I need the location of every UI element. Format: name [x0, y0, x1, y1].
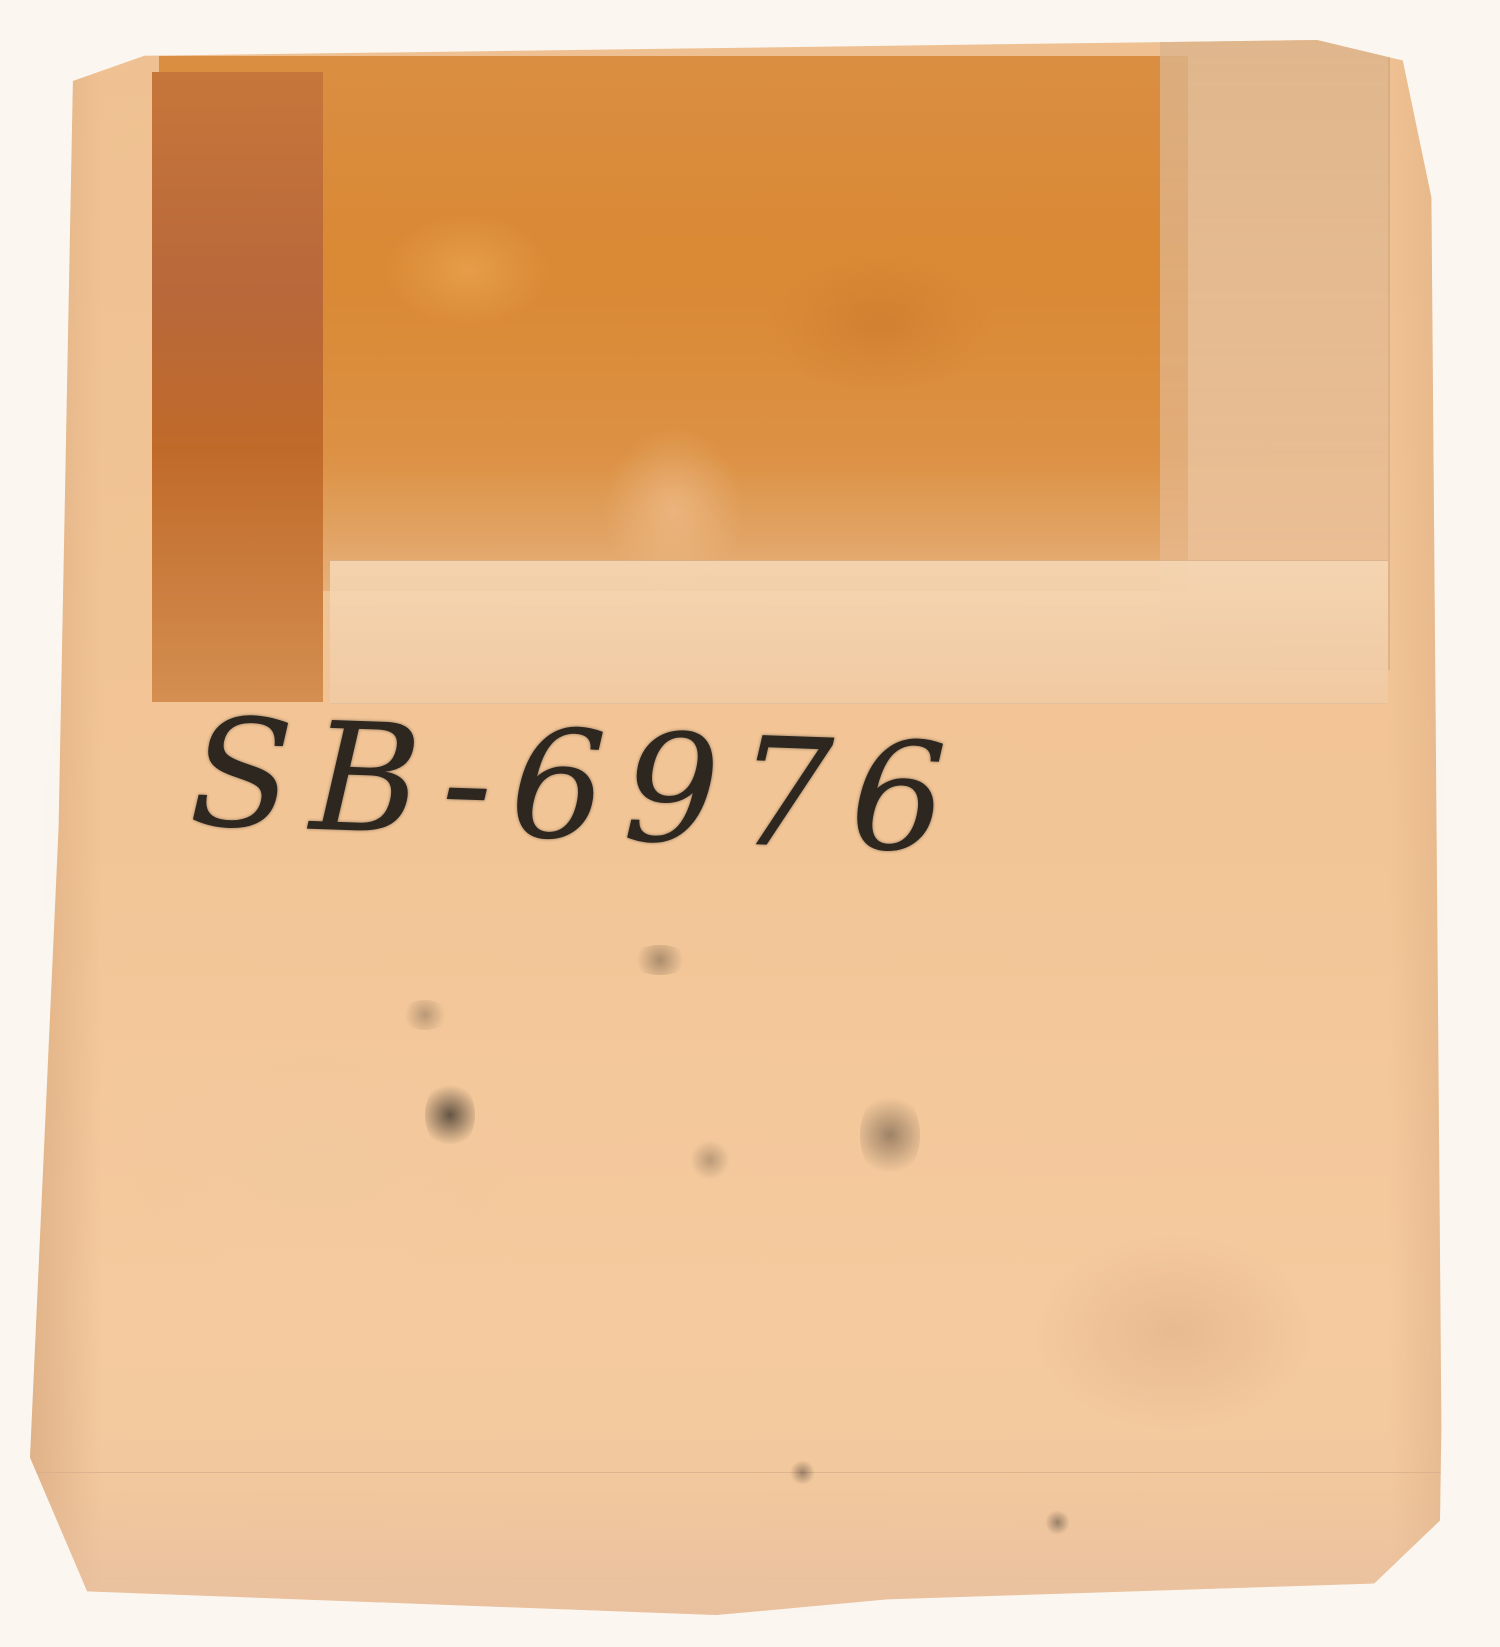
pencil-smudge: [860, 1090, 920, 1180]
pencil-smudge: [690, 1140, 730, 1180]
tape-stain-left: [152, 72, 324, 702]
pencil-smudge: [1045, 1510, 1070, 1535]
pencil-smudge: [790, 1460, 815, 1485]
pencil-smudge: [400, 1000, 450, 1030]
handwritten-label: SB-6976: [187, 687, 967, 888]
pencil-smudge: [425, 1080, 475, 1150]
paper-wrinkle: [330, 560, 1388, 704]
pencil-smudge: [630, 945, 690, 975]
